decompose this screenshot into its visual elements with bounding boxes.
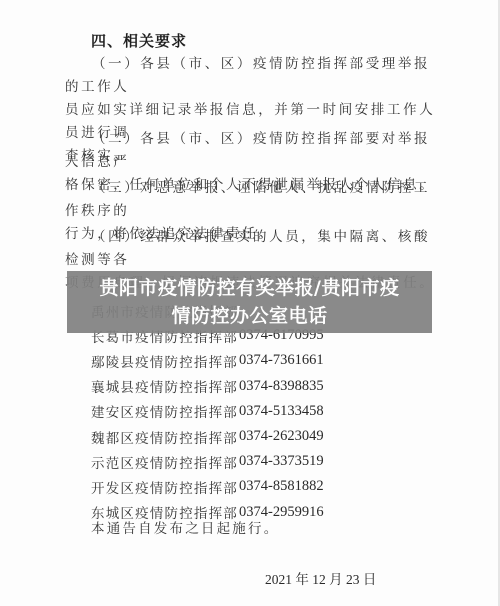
contact-row: 示范区疫情防控指挥部 0374-3373519 <box>91 449 324 474</box>
paragraph-line: （一）各县（市、区）疫情防控指挥部受理举报的工作人 <box>65 53 437 99</box>
contact-phone: 0374-8398835 <box>239 378 324 395</box>
contact-unit: 建安区疫情防控指挥部 <box>91 401 239 421</box>
effective-notice: 本通告自发布之日起施行。 <box>91 517 279 537</box>
contact-phone: 0374-5133458 <box>239 403 324 420</box>
contact-phone: 0374-3373519 <box>239 453 324 470</box>
title-overlay-banner: 贵阳市疫情防控有奖举报/贵阳市疫 情防控办公室电话 <box>67 271 432 333</box>
contact-unit: 开发区疫情防控指挥部 <box>91 477 239 497</box>
contact-phone: 0374-8581882 <box>239 478 324 495</box>
contact-unit: 魏都区疫情防控指挥部 <box>91 427 239 447</box>
contact-unit: 鄢陵县疫情防控指挥部 <box>91 351 239 371</box>
contact-row: 襄城县疫情防控指挥部 0374-8398835 <box>91 374 324 399</box>
contact-row: 魏都区疫情防控指挥部 0374-2623049 <box>91 424 324 449</box>
contact-unit: 示范区疫情防控指挥部 <box>91 452 239 472</box>
contact-row: 建安区疫情防控指挥部 0374-5133458 <box>91 399 324 424</box>
paragraph-line: （二）各县（市、区）疫情防控指挥部要对举报人信息严 <box>65 128 437 174</box>
contact-phone: 0374-7361661 <box>239 352 324 369</box>
contact-row: 开发区疫情防控指挥部 0374-8581882 <box>91 474 324 499</box>
paragraph-line: （四）经群众举报查实的人员，集中隔离、核酸检测等各 <box>65 226 437 272</box>
contact-unit: 襄城县疫情防控指挥部 <box>91 376 239 396</box>
paragraph-line: （三）对恶意举报、诬陷他人、扰乱疫情防控工作秩序的 <box>65 177 437 223</box>
section-heading: 四、相关要求 <box>91 30 187 51</box>
document-date: 2021 年 12 月 23 日 <box>265 568 376 588</box>
contact-row: 鄢陵县疫情防控指挥部 0374-7361661 <box>91 348 324 373</box>
overlay-title-line-2: 情防控办公室电话 <box>67 302 432 330</box>
overlay-title-line-1: 贵阳市疫情防控有奖举报/贵阳市疫 <box>67 274 432 302</box>
contact-phone: 0374-2623049 <box>239 428 324 445</box>
